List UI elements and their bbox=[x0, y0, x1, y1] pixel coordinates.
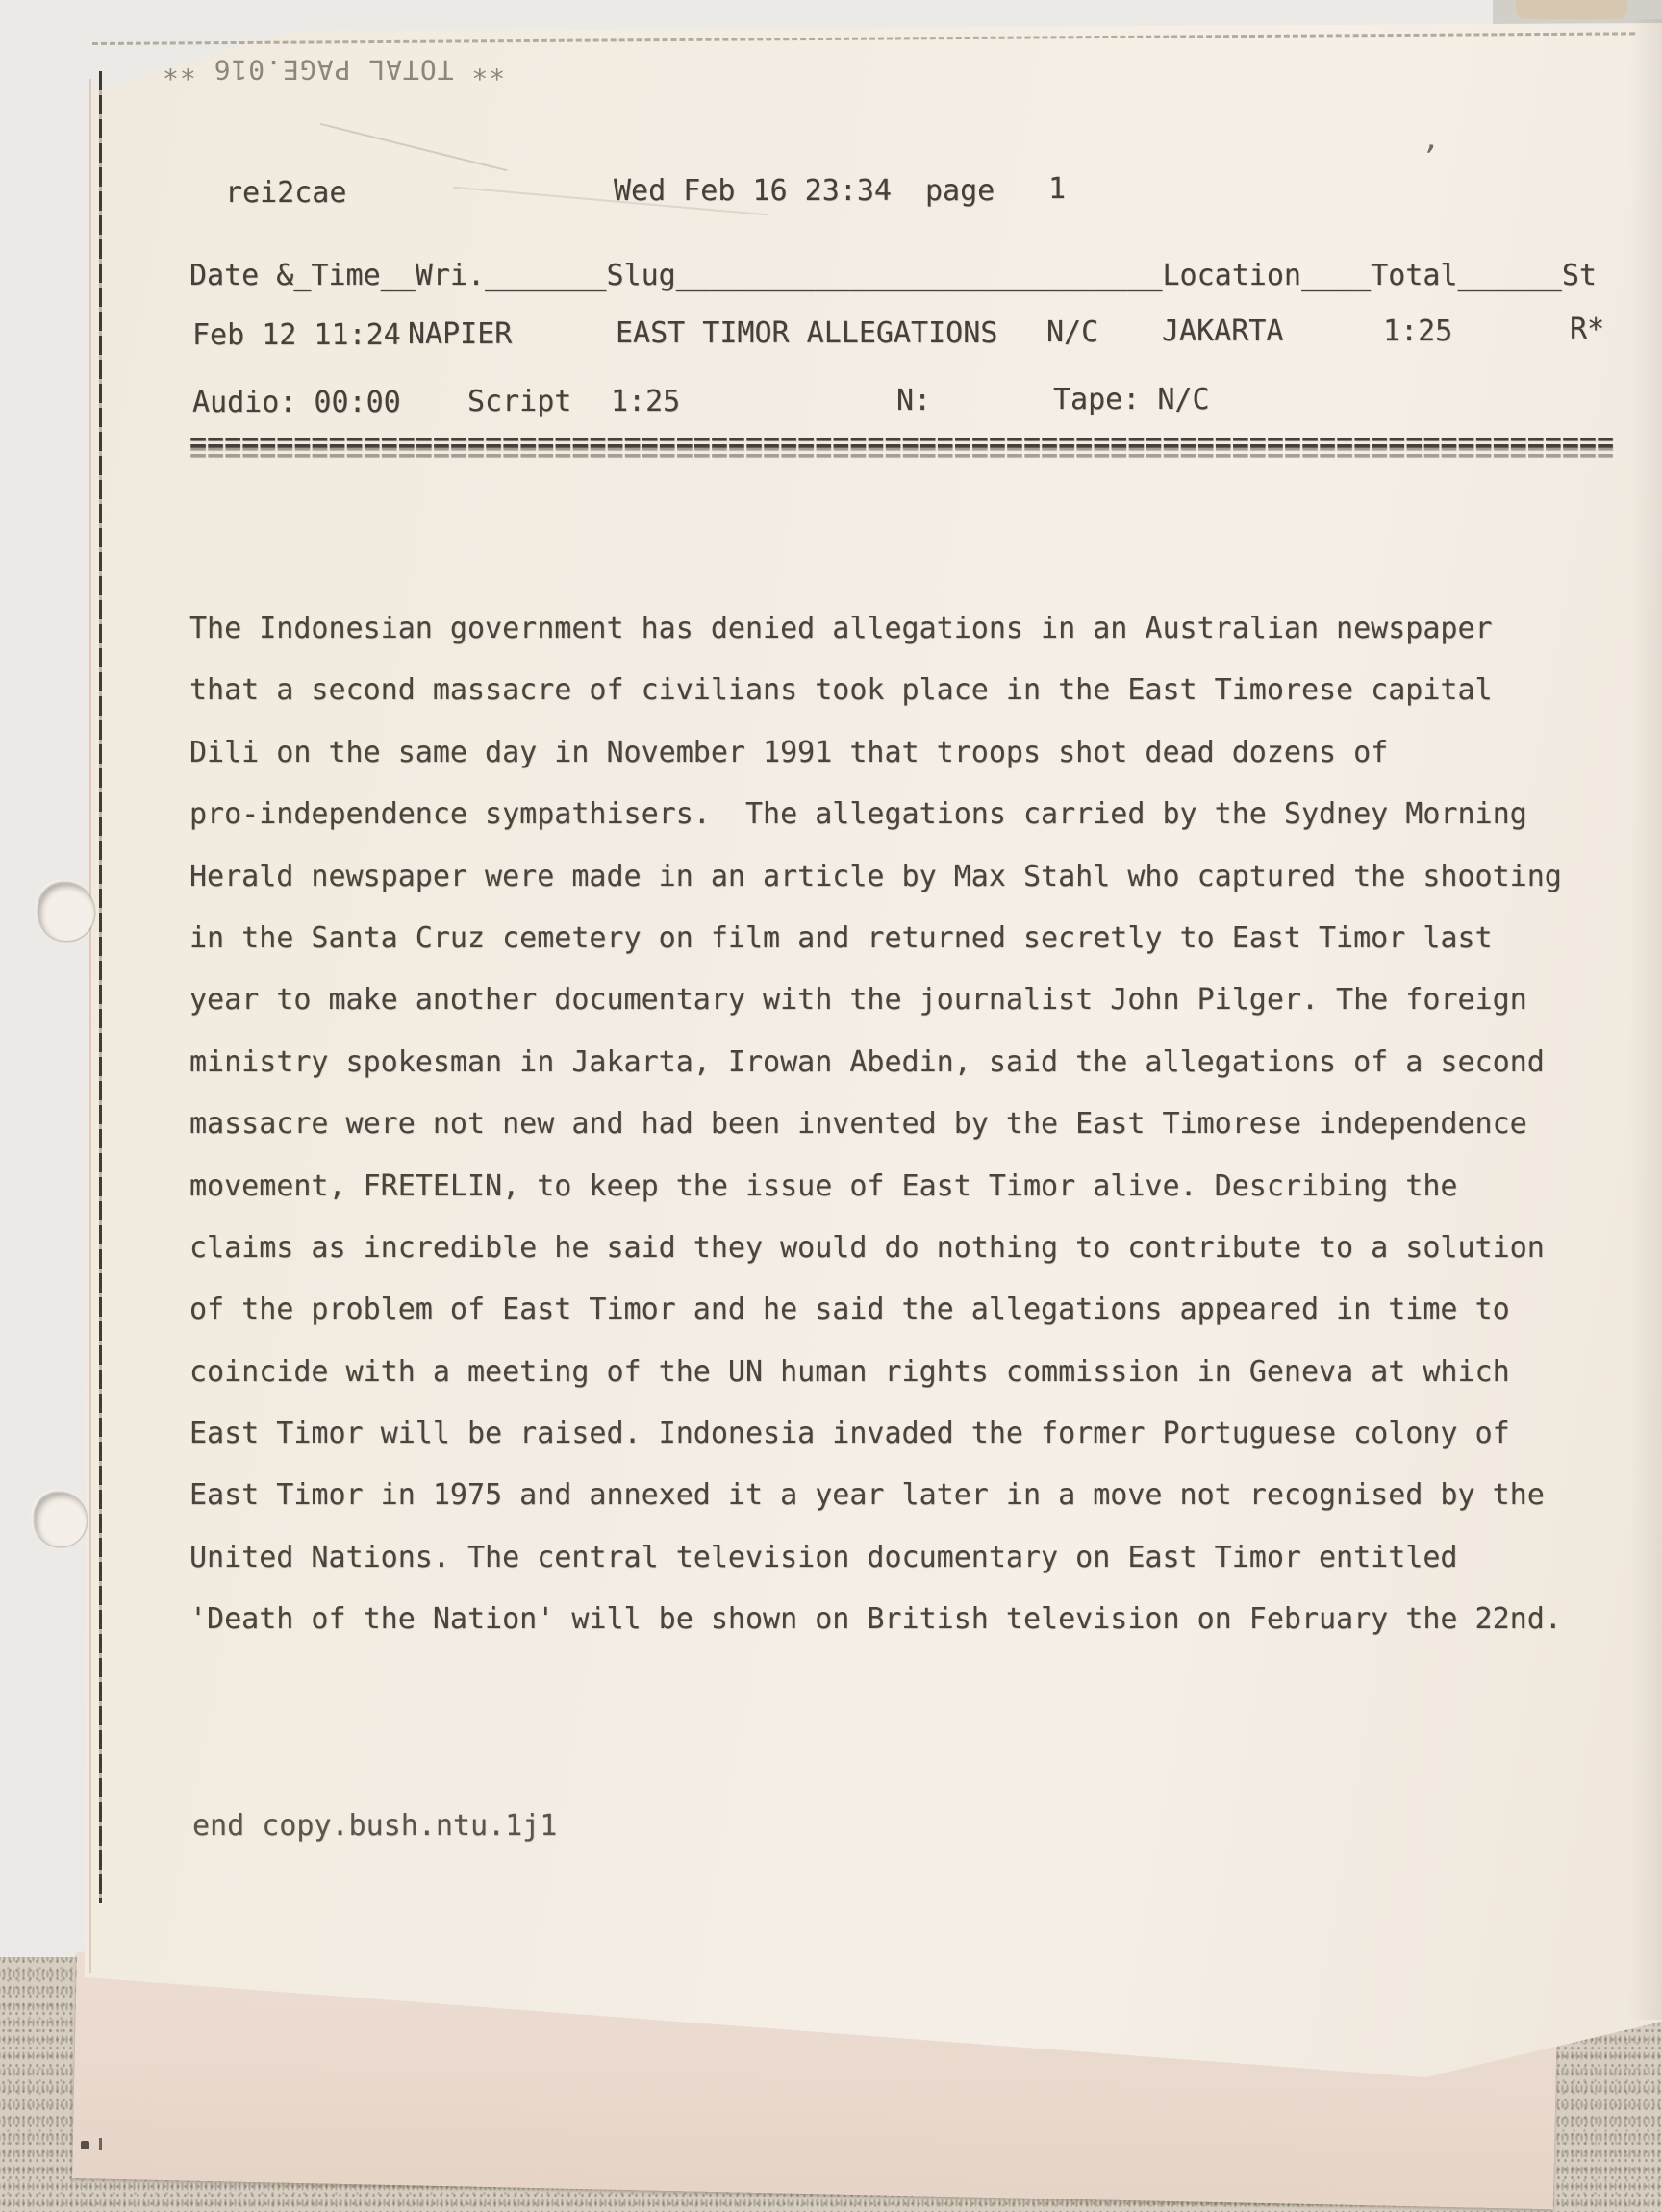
header-page-label: page bbox=[925, 177, 995, 206]
story-line: Herald newspaper were made in an article… bbox=[189, 846, 1603, 908]
top-right-paper-tab bbox=[1516, 0, 1627, 19]
story-line: claims as incredible he said they would … bbox=[189, 1218, 1603, 1279]
story-line: movement, FRETELIN, to keep the issue of… bbox=[189, 1156, 1603, 1218]
story-location: JAKARTA bbox=[1162, 317, 1283, 346]
story-line: massacre were not new and had been inven… bbox=[189, 1093, 1603, 1155]
hole-punch-bottom bbox=[35, 1493, 87, 1546]
story-slug: EAST TIMOR ALLEGATIONS bbox=[616, 319, 997, 348]
script-time: 1:25 bbox=[611, 388, 680, 416]
copy-sign-off: end copy.bush.ntu.1j1 bbox=[192, 1812, 557, 1841]
tape-value: Tape: N/C bbox=[1053, 386, 1210, 415]
story-line: ministry spokesman in Jakarta, Irowan Ab… bbox=[189, 1032, 1603, 1093]
story-writer: NAPIER bbox=[408, 320, 512, 349]
story-body: The Indonesian government has denied all… bbox=[189, 598, 1603, 1651]
story-nc-flag: N/C bbox=[1046, 318, 1098, 347]
story-status: R* bbox=[1570, 315, 1604, 344]
page-edge-shadow bbox=[1629, 19, 1662, 2020]
story-line: year to make another documentary with th… bbox=[189, 969, 1603, 1031]
slug-table-column-headers: Date &_Time__Wri._______Slug____________… bbox=[189, 262, 1597, 290]
story-line: pro-independence sympathisers. The alleg… bbox=[189, 784, 1603, 845]
header-page-number: 1 bbox=[1048, 175, 1066, 204]
story-line: East Timor in 1975 and annexed it a year… bbox=[189, 1465, 1603, 1526]
script-label: Script bbox=[467, 388, 571, 416]
header-datetime: Wed Feb 16 23:34 bbox=[614, 177, 892, 206]
story-line: East Timor will be raised. Indonesia inv… bbox=[189, 1403, 1603, 1465]
ink-smudge bbox=[99, 2138, 102, 2150]
story-line: Dili on the same day in November 1991 th… bbox=[189, 722, 1603, 784]
faint-margin-line bbox=[89, 79, 91, 1973]
separator-line-echo: ========================================… bbox=[189, 439, 1614, 467]
story-line: of the problem of East Timor and he said… bbox=[189, 1279, 1603, 1341]
story-date-time: Feb 12 11:24 bbox=[192, 321, 401, 350]
story-line: in the Santa Cruz cemetery on film and r… bbox=[189, 908, 1603, 969]
fax-page-count-banner: ** TOTAL PAGE.016 ** bbox=[162, 54, 505, 86]
terminal-id: rei2cae bbox=[225, 179, 346, 208]
photocopy-edge-line bbox=[99, 71, 102, 1903]
story-total-time: 1:25 bbox=[1383, 317, 1452, 346]
scanned-document: , ** TOTAL PAGE.016 ** rei2cae Wed Feb 1… bbox=[0, 0, 1662, 2212]
story-line: The Indonesian government has denied all… bbox=[189, 598, 1603, 660]
ink-smudge bbox=[81, 2141, 89, 2149]
n-field-label: N: bbox=[896, 387, 931, 415]
audio-time: Audio: 00:00 bbox=[192, 389, 401, 417]
story-line: that a second massacre of civilians took… bbox=[189, 660, 1603, 721]
story-line: 'Death of the Nation' will be shown on B… bbox=[189, 1589, 1603, 1650]
story-line: coincide with a meeting of the UN human … bbox=[189, 1342, 1603, 1403]
story-line: United Nations. The central television d… bbox=[189, 1527, 1603, 1589]
hole-punch-top bbox=[38, 883, 94, 941]
